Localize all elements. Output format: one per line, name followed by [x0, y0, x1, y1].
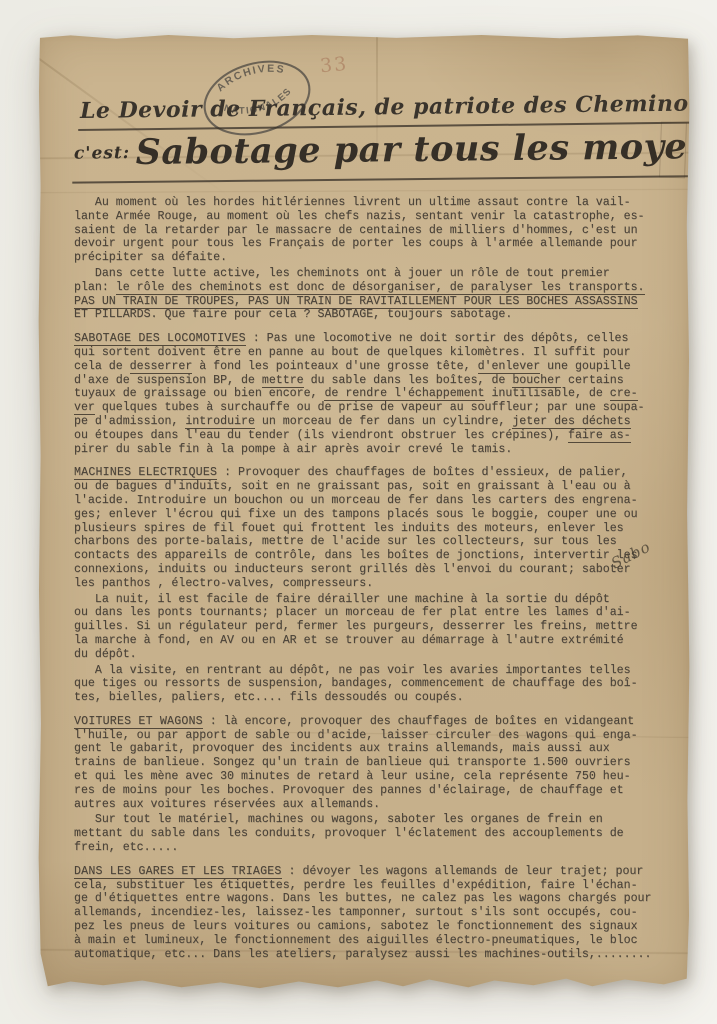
underlined-text: jeter des déchets	[512, 415, 630, 429]
text-run: un morceau de fer dans un cylindre,	[255, 415, 512, 428]
text-run: A la visite, en rentrant au dépôt, ne pa…	[74, 664, 638, 705]
paragraph: SABOTAGE DES LOCOMOTIVES : Pas une locom…	[74, 332, 668, 456]
underlined-text: d'enlever	[478, 360, 541, 374]
paragraph: Sur tout le matériel, machines ou wagons…	[74, 813, 668, 854]
section-header: SABOTAGE DES LOCOMOTIVES	[74, 332, 246, 346]
paragraph: DANS LES GARES ET LES TRIAGES : dévoyer …	[74, 865, 668, 962]
handwritten-title-line2: c'est: Sabotage par tous les moyens!.	[72, 125, 717, 183]
text-run: à fond les pointeaux d'une grosse tête,	[192, 360, 477, 373]
underlined-text: introduire	[185, 415, 255, 429]
text-run: ou étoupes dans l'eau du tender (ils vie…	[74, 429, 568, 442]
text-run: : Provoquer des chauffages de boîtes d'e…	[74, 466, 638, 589]
body-text: Au moment où les hordes hitlériennes liv…	[74, 194, 668, 961]
text-run: : là encore, provoquer des chauffages de…	[74, 715, 638, 811]
paragraph: MACHINES ELECTRIQUES : Provoquer des cha…	[74, 466, 668, 590]
paper-shadow: ARCHIVES NATIONALES 33 Le Devoir de Fran…	[38, 34, 690, 992]
handwritten-title-line1: Le Devoir de Français, de patriote des C…	[78, 90, 717, 131]
section-header: MACHINES ELECTRIQUES	[74, 466, 217, 480]
paragraph: Au moment où les hordes hitlériennes liv…	[74, 196, 668, 265]
section-header: VOITURES ET WAGONS	[74, 715, 203, 729]
document-page: ARCHIVES NATIONALES 33 Le Devoir de Fran…	[38, 34, 690, 992]
underlined-text: le rôle des cheminots est donc de désorg…	[116, 281, 645, 295]
text-run: du sable dans les boîtes, de	[304, 374, 513, 387]
scan-background: ARCHIVES NATIONALES 33 Le Devoir de Fran…	[0, 0, 717, 1024]
paragraph: Dans cette lutte active, les cheminots o…	[74, 267, 668, 322]
paper-crease	[38, 188, 690, 193]
paragraph: VOITURES ET WAGONS : là encore, provoque…	[74, 715, 668, 812]
text-run: Au moment où les hordes hitlériennes liv…	[74, 196, 645, 264]
paragraph: La nuit, il est facile de faire déraille…	[74, 593, 668, 662]
text-run: Sur tout le matériel, machines ou wagons…	[74, 813, 624, 854]
underlined-text: desserrer	[130, 360, 193, 374]
underlined-text: boucher	[512, 374, 561, 388]
paragraph: A la visite, en rentrant au dépôt, ne pa…	[74, 664, 668, 705]
underlined-text: PAS UN TRAIN DE TROUPES, PAS UN TRAIN DE…	[74, 295, 638, 309]
underlined-text: mettre	[262, 374, 304, 388]
title-line2-prefix: c'est:	[74, 143, 130, 164]
section-header: DANS LES GARES ET LES TRIAGES	[74, 865, 282, 879]
underlined-text: de rendre l'échappement	[324, 387, 484, 401]
underlined-text: faire as-	[568, 429, 631, 443]
text-run: La nuit, il est facile de faire déraille…	[74, 593, 638, 661]
text-run: inutilisable, de	[485, 387, 610, 400]
text-run: ET PILLARDS. Que faire pour cela ? SABOT…	[74, 308, 512, 321]
title-line2-main: Sabotage par tous les moyens!.	[135, 125, 717, 173]
title-line1-text: Le Devoir de Français, de patriote des C…	[80, 90, 717, 124]
text-run: : dévoyer les wagons allemands de leur t…	[74, 865, 651, 961]
archive-page-number: 33	[319, 53, 349, 77]
text-run: pirer du sable fin à la pompe à air aprè…	[74, 443, 512, 456]
